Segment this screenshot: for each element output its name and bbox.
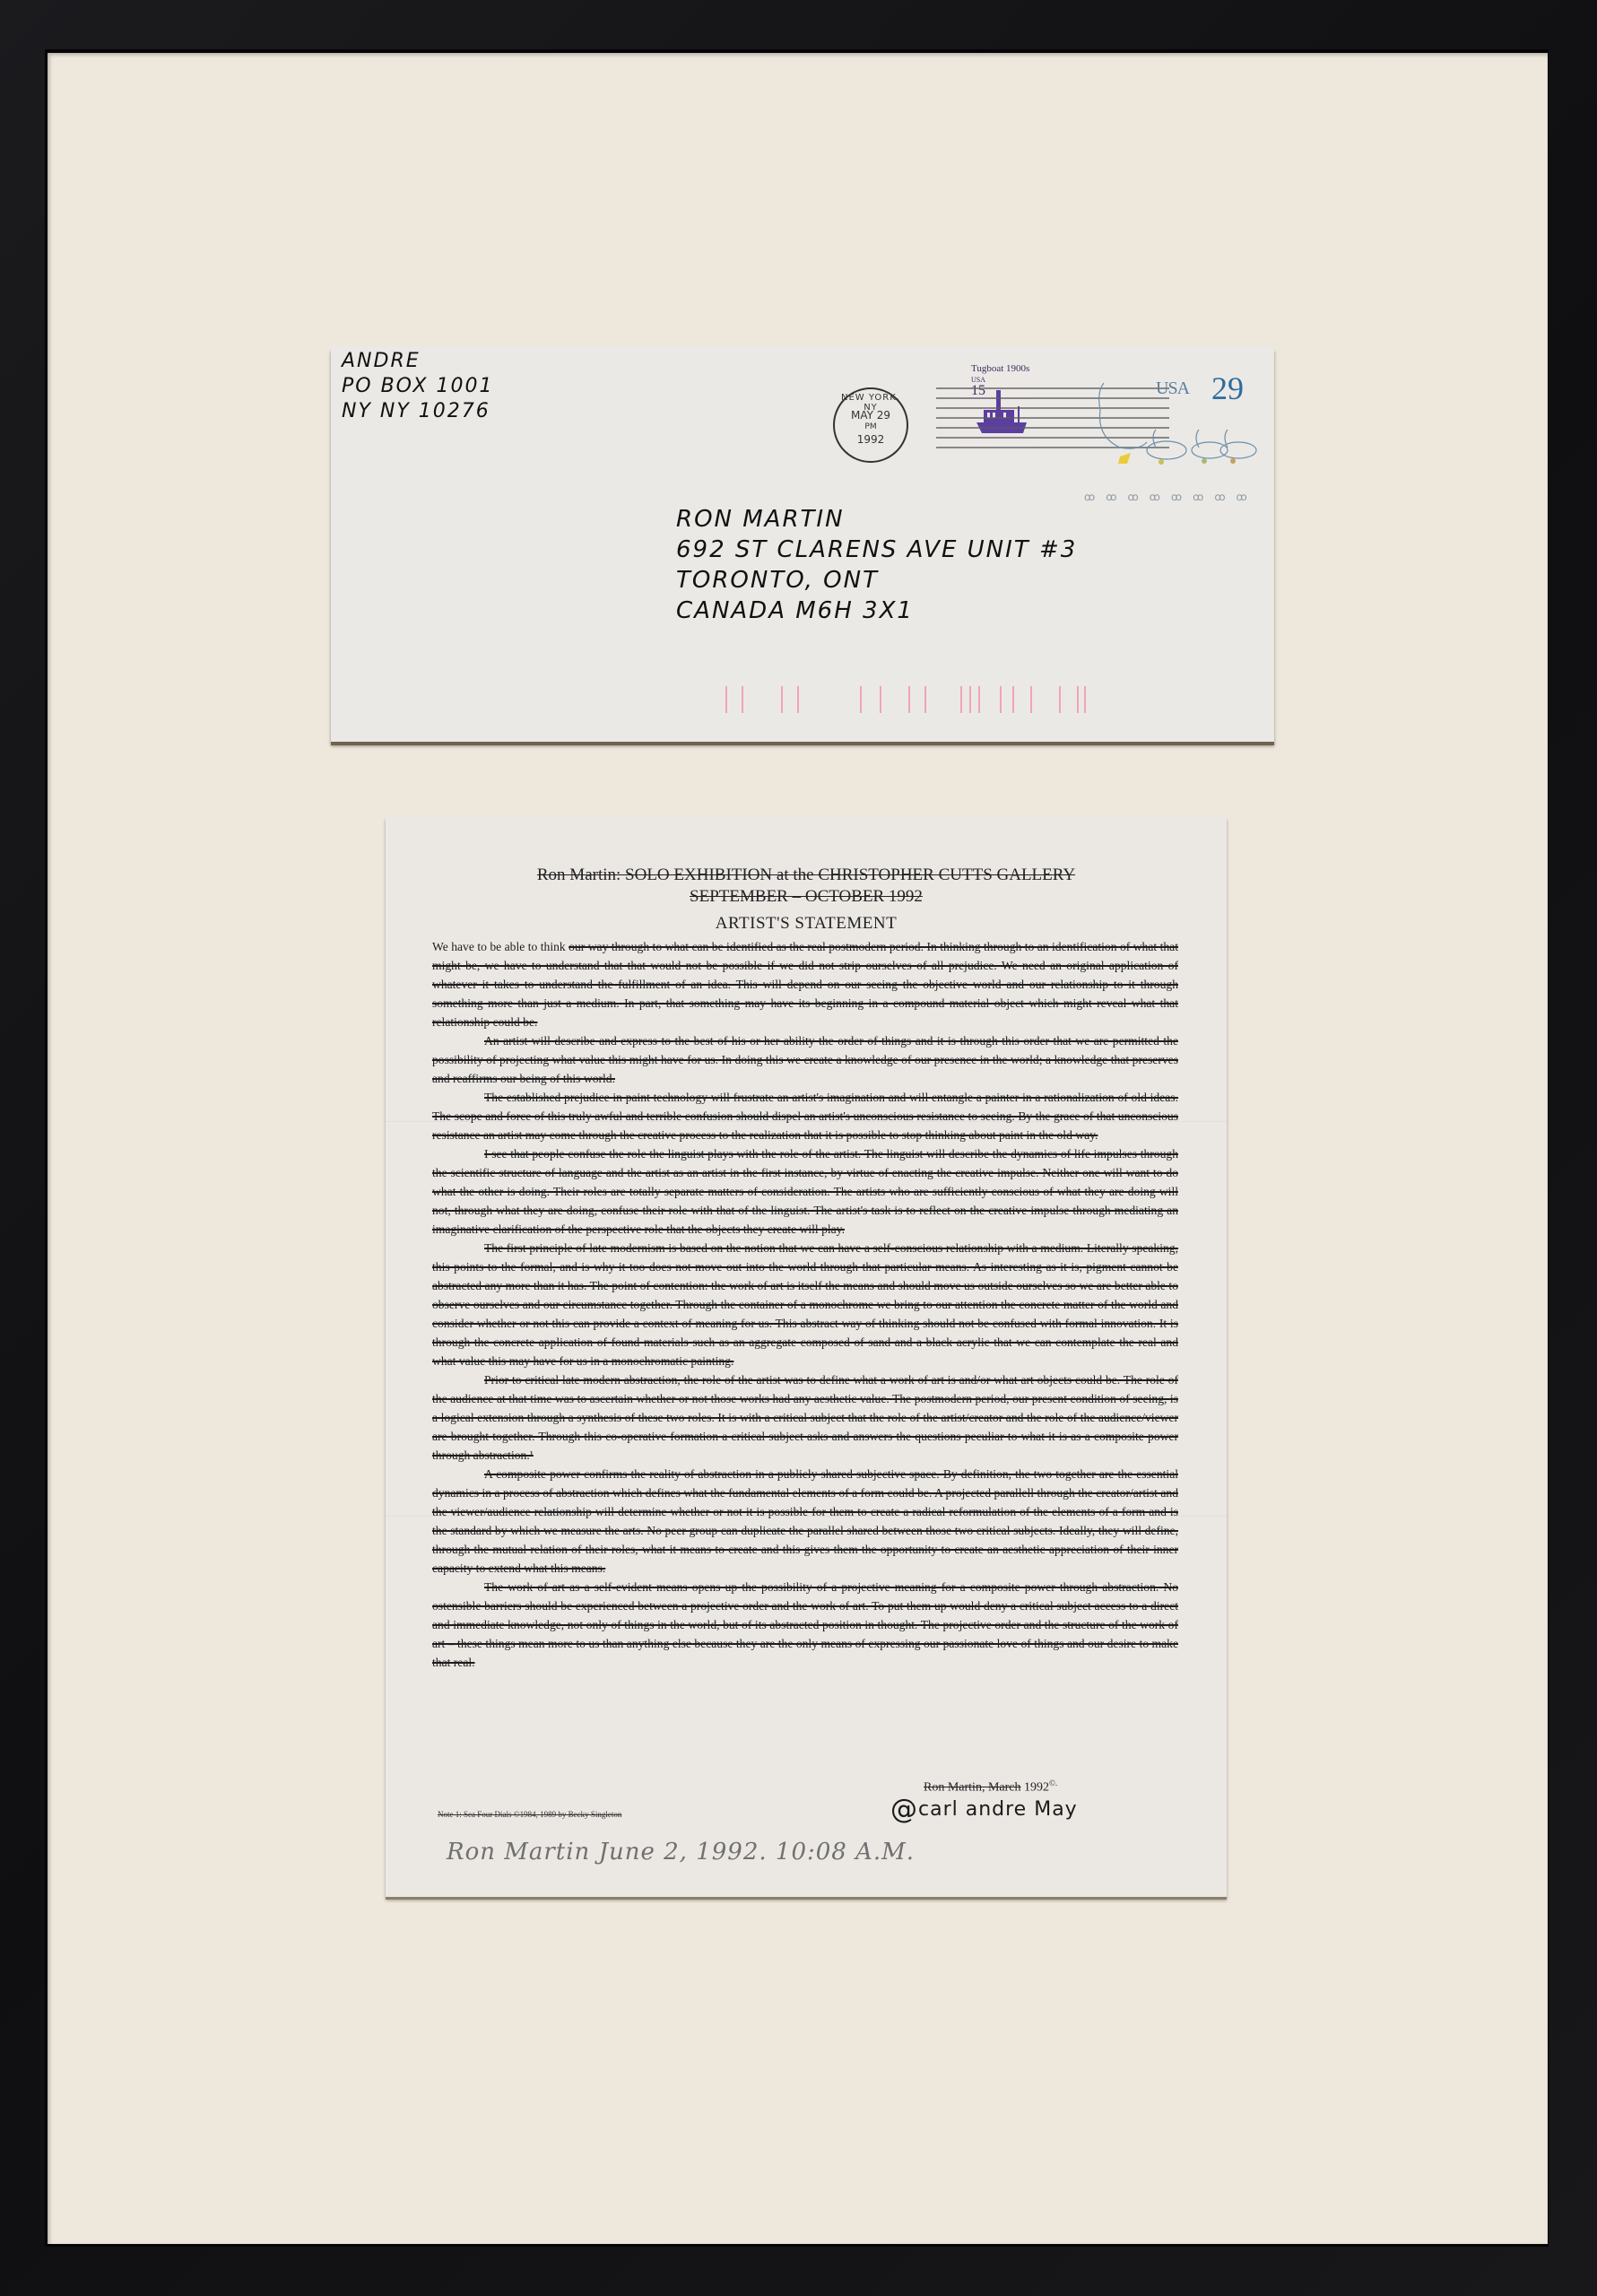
signature-year: 1992 xyxy=(1024,1781,1049,1795)
recipient-line: TORONTO, ONT xyxy=(676,565,1077,596)
typed-signature: Ron Martin, March 1992©. xyxy=(924,1779,1057,1796)
kept-text: We have to be able to think xyxy=(432,940,566,953)
paragraph: The established prejudice in paint techn… xyxy=(432,1088,1178,1144)
barcode-bar xyxy=(781,686,783,713)
paragraph: The first principle of late modernism is… xyxy=(432,1239,1178,1370)
barcode-bar xyxy=(725,686,727,713)
barcode-bar xyxy=(1012,686,1014,713)
paragraph: Prior to critical late modern abstractio… xyxy=(432,1370,1178,1465)
recipient-line: RON MARTIN xyxy=(676,504,1077,535)
letter-header: Ron Martin: SOLO EXHIBITION at the CHRIS… xyxy=(386,865,1227,934)
recipient-line: 692 ST CLARENS AVE UNIT #3 xyxy=(676,535,1077,565)
return-address: ANDRE PO BOX 1001 NY NY 10276 xyxy=(342,349,493,424)
exhibition-title: Ron Martin: SOLO EXHIBITION at the CHRIS… xyxy=(386,865,1227,885)
ron-martin-annotation: Ron Martin June 2, 1992. 10:08 A.M. xyxy=(447,1839,915,1865)
barcode-bar xyxy=(1077,686,1079,713)
recipient-address: RON MARTIN 692 ST CLARENS AVE UNIT #3 TO… xyxy=(676,504,1077,626)
barcode-bar xyxy=(1059,686,1061,713)
barcode-bar xyxy=(880,686,881,713)
barcode-bar xyxy=(960,686,962,713)
barcode-bar xyxy=(969,686,971,713)
barcode-bar xyxy=(860,686,862,713)
barcode-bar xyxy=(1000,686,1002,713)
artist-statement-letter: Ron Martin: SOLO EXHIBITION at the CHRIS… xyxy=(386,816,1227,1897)
barcode-bar xyxy=(1030,686,1032,713)
paragraph: The work of art as a self-evident means … xyxy=(432,1578,1178,1672)
signature-mark: ©. xyxy=(1049,1779,1057,1787)
carl-andre-annotation: @carl andre May xyxy=(890,1794,1078,1825)
footnote: Note 1: Sea Four Dials ©1984, 1989 by Be… xyxy=(438,1810,621,1819)
barcode-bar xyxy=(924,686,926,713)
postmark-year: 1992 xyxy=(835,433,907,446)
at-symbol: @ xyxy=(890,1794,918,1825)
paragraph: An artist will describe and express to t… xyxy=(432,1031,1178,1088)
stamp-title: Tugboat 1900s xyxy=(971,363,1029,374)
barcode-bar xyxy=(978,686,980,713)
exhibition-dates: SEPTEMBER – OCTOBER 1992 xyxy=(386,887,1227,907)
envelope: ANDRE PO BOX 1001 NY NY 10276 NEW YORK, … xyxy=(331,347,1274,742)
return-address-line: NY NY 10276 xyxy=(342,399,493,424)
postal-barcode xyxy=(725,686,1174,713)
return-address-line: ANDRE xyxy=(342,349,493,374)
statement-title: ARTIST'S STATEMENT xyxy=(386,914,1227,934)
annotation-text: carl andre May xyxy=(918,1798,1078,1821)
barcode-bar xyxy=(908,686,910,713)
paragraph: I see that people confuse the role the l… xyxy=(432,1144,1178,1239)
letter-body: We have to be able to think our way thro… xyxy=(432,937,1178,1672)
return-address-line: PO BOX 1001 xyxy=(342,374,493,399)
signature-name: Ron Martin, March xyxy=(924,1781,1020,1795)
barcode-bar xyxy=(1084,686,1086,713)
geese-icon xyxy=(1084,365,1263,473)
barcode-bar xyxy=(797,686,799,713)
postmark-time: PM xyxy=(835,422,907,431)
barcode-bar xyxy=(742,686,743,713)
paragraph: We have to be able to think our way thro… xyxy=(432,937,1178,1031)
stamp-dots: ꝏꝏꝏꝏꝏꝏꝏꝏ xyxy=(1084,491,1258,504)
postmark: NEW YORK, NY MAY 29 PM 1992 xyxy=(833,387,908,463)
postmark-date: MAY 29 xyxy=(835,409,907,422)
paragraph: A composite power confirms the reality o… xyxy=(432,1465,1178,1578)
recipient-line: CANADA M6H 3X1 xyxy=(676,596,1077,626)
geese-stamp: USA 29 ꝏꝏꝏꝏꝏꝏꝏꝏ xyxy=(1084,356,1263,491)
